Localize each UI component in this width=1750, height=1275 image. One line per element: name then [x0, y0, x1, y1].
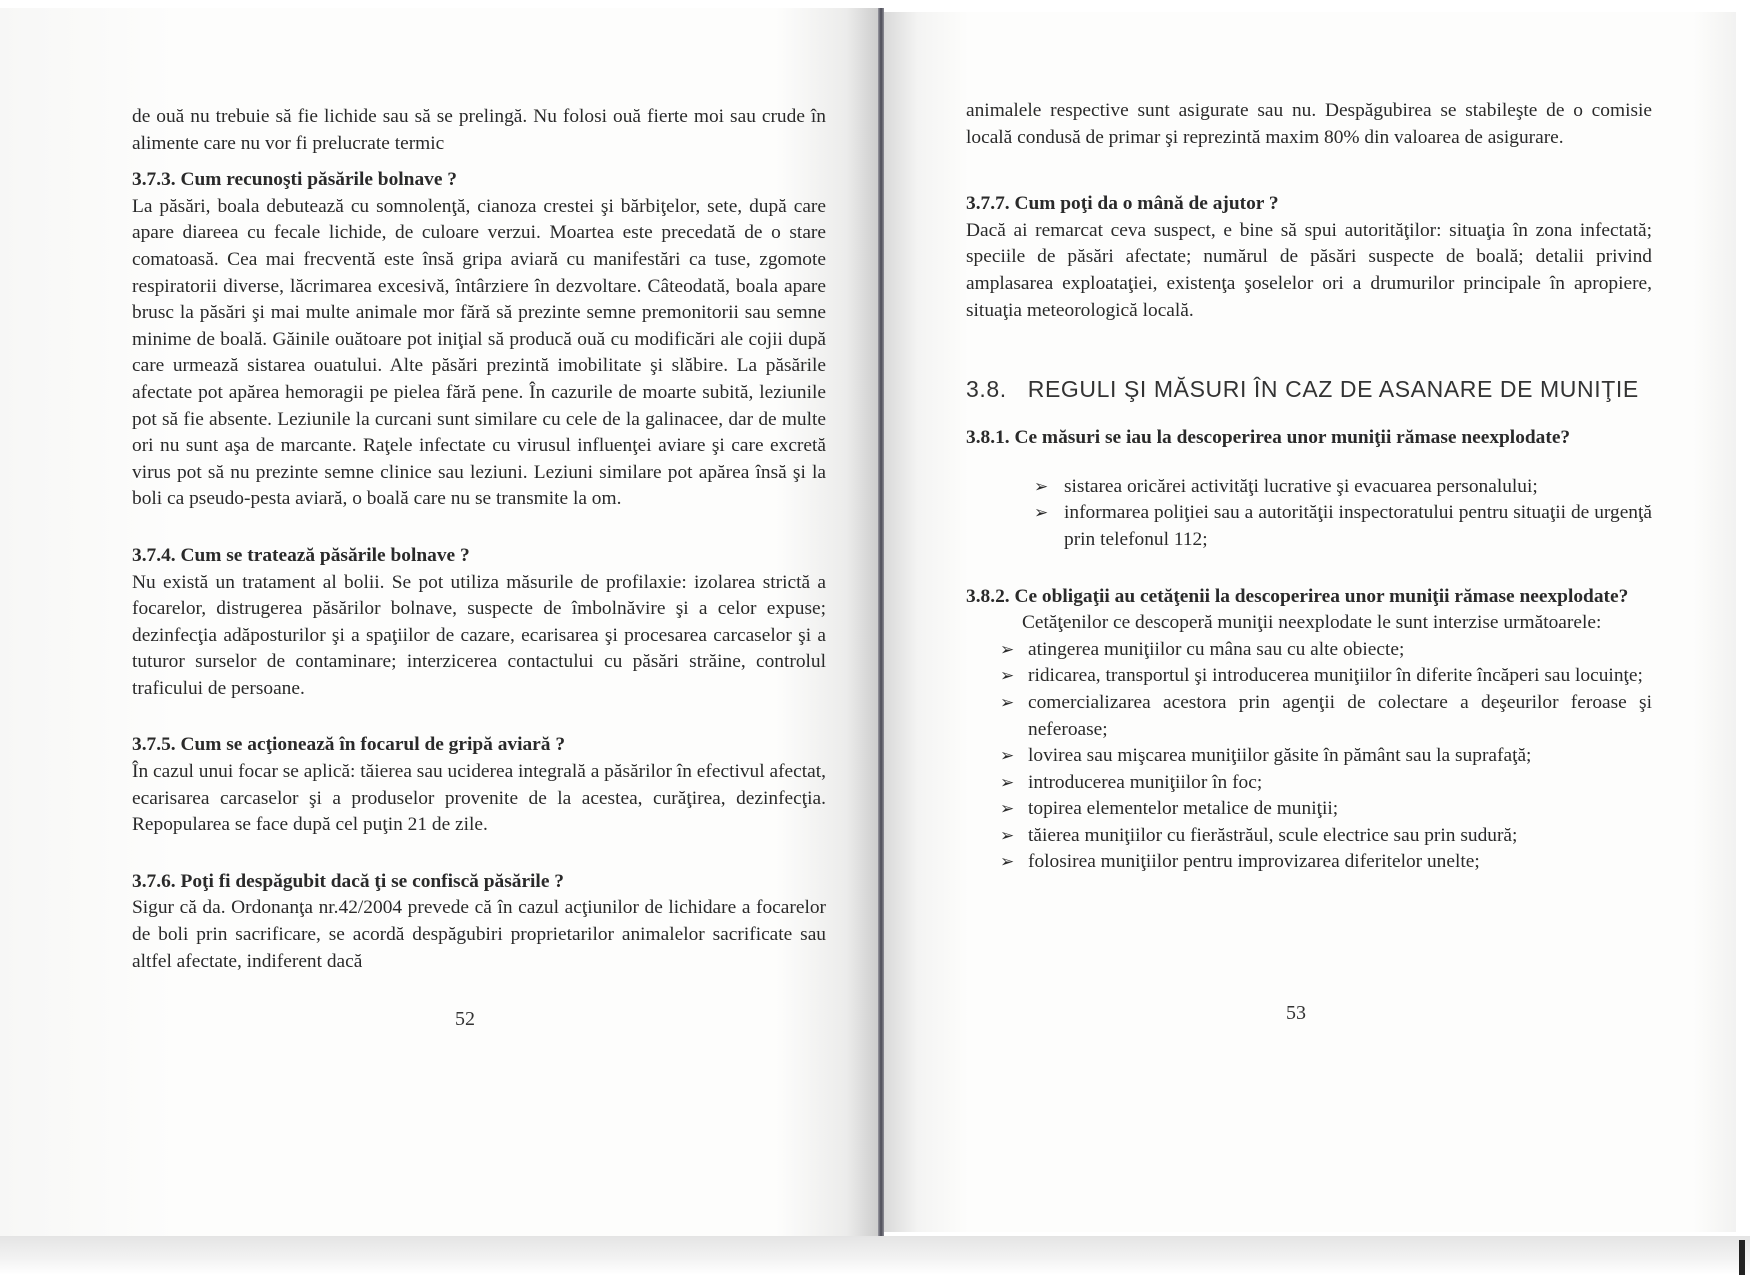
- list-item: ➢tăierea muniţiilor cu fierăstrăul, scul…: [966, 823, 1652, 850]
- list-item: ➢ sistarea oricărei activităţi lucrative…: [966, 474, 1652, 501]
- list-item: ➢lovirea sau mişcarea muniţiilor găsite …: [966, 743, 1652, 770]
- section-body-3-7-6: Sigur că da. Ordonanţa nr.42/2004 preved…: [132, 895, 826, 975]
- list-item: ➢comercializarea acestora prin agenţii d…: [966, 690, 1652, 743]
- section-heading-3-7-7: 3.7.7. Cum poţi da o mână de ajutor ?: [966, 191, 1652, 218]
- right-page-content: animalele respective sunt asigurate sau …: [966, 98, 1652, 876]
- list-item: ➢introducerea muniţiilor în foc;: [966, 770, 1652, 797]
- arrow-bullet-icon: ➢: [1000, 796, 1014, 823]
- arrow-bullet-icon: ➢: [1000, 849, 1014, 876]
- bullet-list-3-8-1: ➢ sistarea oricărei activităţi lucrative…: [966, 474, 1652, 554]
- left-page-content: de ouă nu trebuie să fie lichide sau să …: [132, 104, 826, 975]
- section-heading-3-8-2: 3.8.2. Ce obligaţii au cetăţenii la desc…: [966, 584, 1652, 611]
- arrow-bullet-icon: ➢: [1000, 637, 1014, 664]
- arrow-bullet-icon: ➢: [1034, 474, 1048, 501]
- chapter-number: 3.8.: [966, 376, 1007, 402]
- right-page: animalele respective sunt asigurate sau …: [884, 12, 1736, 1232]
- arrow-bullet-icon: ➢: [1034, 500, 1048, 527]
- arrow-bullet-icon: ➢: [1000, 663, 1014, 690]
- chapter-heading: 3.8. REGULI ŞI MĂSURI ÎN CAZ DE ASANARE …: [966, 376, 1652, 403]
- section-heading-3-7-3: 3.7.3. Cum recunoşti păsările bolnave ?: [132, 167, 826, 194]
- scan-edge-mark: [1739, 1240, 1745, 1275]
- arrow-bullet-icon: ➢: [1000, 770, 1014, 797]
- continued-paragraph: animalele respective sunt asigurate sau …: [966, 98, 1652, 151]
- continued-paragraph: de ouă nu trebuie să fie lichide sau să …: [132, 104, 826, 157]
- list-item: ➢ridicarea, transportul şi introducerea …: [966, 663, 1652, 690]
- list-item: ➢ informarea poliţiei sau a autorităţii …: [966, 500, 1652, 553]
- section-heading-3-7-5: 3.7.5. Cum se acţionează în focarul de g…: [132, 732, 826, 759]
- left-page: de ouă nu trebuie să fie lichide sau să …: [0, 8, 882, 1236]
- chapter-title: REGULI ŞI MĂSURI ÎN CAZ DE ASANARE DE MU…: [1028, 376, 1639, 402]
- book-spread: de ouă nu trebuie să fie lichide sau să …: [0, 0, 1750, 1275]
- list-item: ➢folosirea muniţiilor pentru improvizare…: [966, 849, 1652, 876]
- section-heading-3-8-1: 3.8.1. Ce măsuri se iau la descoperirea …: [966, 425, 1652, 452]
- section-heading-3-7-4: 3.7.4. Cum se tratează păsările bolnave …: [132, 543, 826, 570]
- list-item: ➢topirea elementelor metalice de muniţii…: [966, 796, 1652, 823]
- list-item: ➢atingerea muniţiilor cu mâna sau cu alt…: [966, 637, 1652, 664]
- section-body-3-7-5: În cazul unui focar se aplică: tăierea s…: [132, 759, 826, 839]
- page-number-left: 52: [455, 1008, 475, 1031]
- section-intro-3-8-2: Cetăţenilor ce descoperă muniţii neexplo…: [966, 610, 1652, 637]
- arrow-bullet-icon: ➢: [1000, 690, 1014, 717]
- page-bottom-edge: [0, 1236, 1750, 1275]
- page-number-right: 53: [1286, 1002, 1306, 1025]
- section-body-3-7-3: La păsări, boala debutează cu somnolenţă…: [132, 194, 826, 513]
- arrow-bullet-icon: ➢: [1000, 823, 1014, 850]
- section-heading-3-7-6: 3.7.6. Poţi fi despăgubit dacă ţi se con…: [132, 869, 826, 896]
- bullet-list-3-8-2: ➢atingerea muniţiilor cu mâna sau cu alt…: [966, 637, 1652, 876]
- arrow-bullet-icon: ➢: [1000, 743, 1014, 770]
- section-body-3-7-7: Dacă ai remarcat ceva suspect, e bine să…: [966, 218, 1652, 324]
- section-body-3-7-4: Nu există un tratament al bolii. Se pot …: [132, 570, 826, 703]
